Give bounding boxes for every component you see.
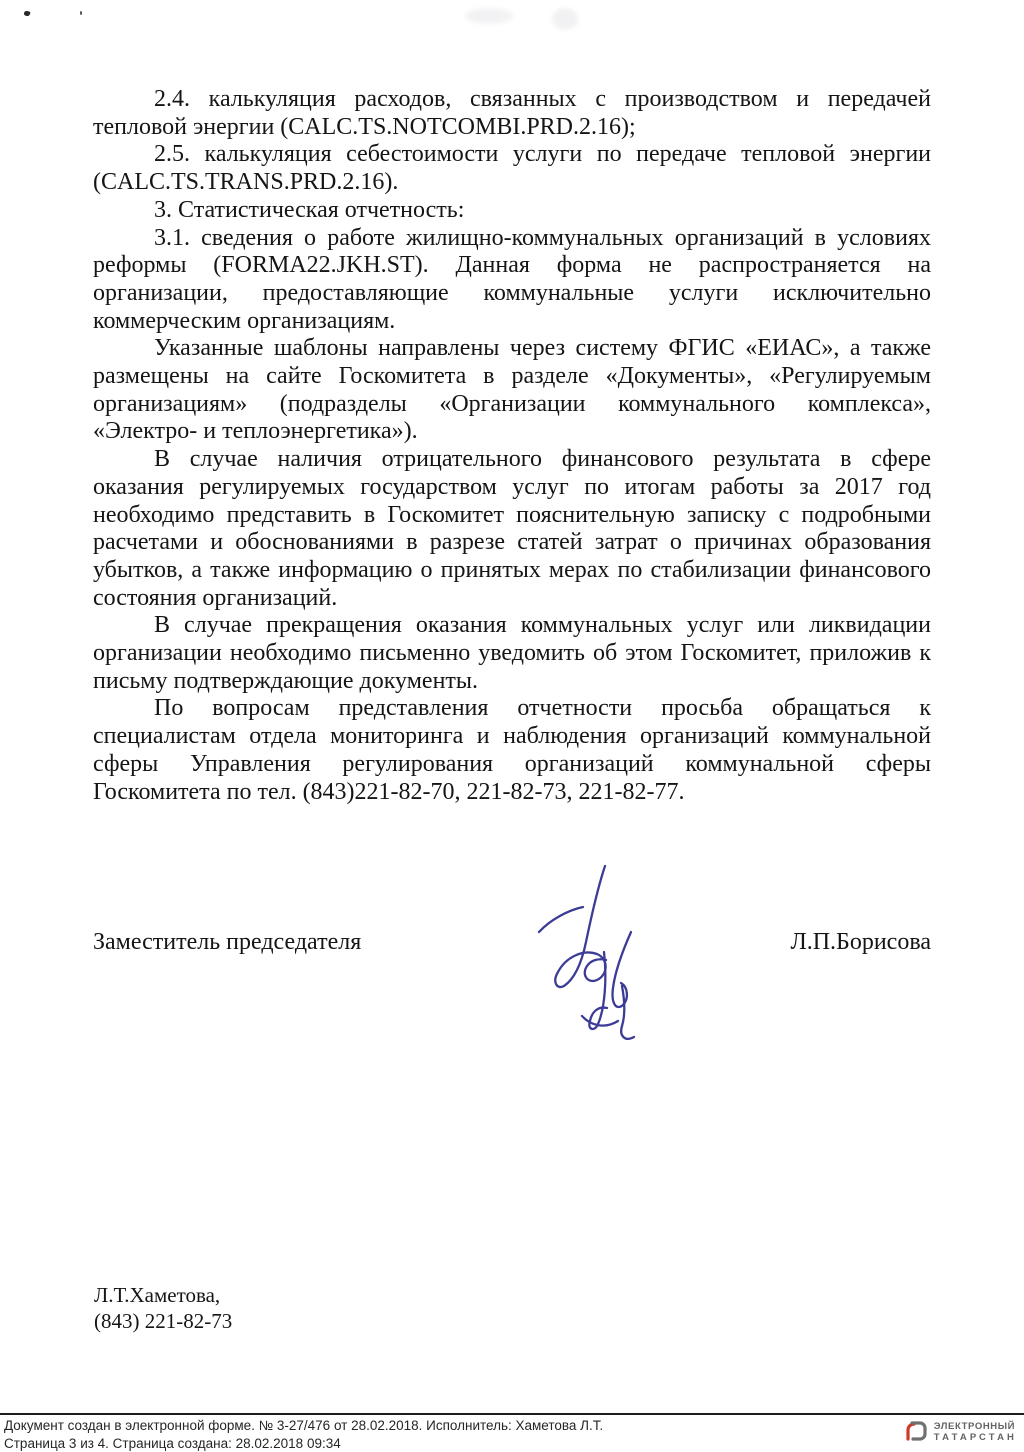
paragraph: 2.4. калькуляция расходов, связанных с п… xyxy=(93,86,931,141)
document-page: 2.4. калькуляция расходов, связанных с п… xyxy=(0,0,1024,1452)
scan-smudge xyxy=(465,8,513,24)
footer-bar: Документ создан в электронной форме. № 3… xyxy=(0,1413,1024,1452)
handwritten-signature xyxy=(525,856,687,1044)
scan-speck xyxy=(80,11,82,15)
logo-text-line-1: ЭЛЕКТРОННЫЙ xyxy=(934,1421,1017,1432)
paragraph: 3. Статистическая отчетность: xyxy=(93,197,931,225)
paragraph: 3.1. сведения о работе жилищно-коммуналь… xyxy=(93,225,931,336)
signer-position-title: Заместитель председателя xyxy=(93,928,361,956)
signoff-row: Заместитель председателя Л.П.Борисова xyxy=(93,928,931,956)
executor-name: Л.Т.Хаметова, xyxy=(94,1283,232,1309)
paragraph: В случае наличия отрицательного финансов… xyxy=(93,446,931,612)
document-body: 2.4. калькуляция расходов, связанных с п… xyxy=(93,86,931,806)
paragraph: В случае прекращения оказания коммунальн… xyxy=(93,612,931,695)
scan-smudge xyxy=(552,8,578,30)
paragraph: Указанные шаблоны направлены через систе… xyxy=(93,335,931,446)
logo-text: ЭЛЕКТРОННЫЙ ТАТАРСТАН xyxy=(934,1421,1017,1443)
scan-speck xyxy=(23,10,30,17)
signer-name: Л.П.Борисова xyxy=(790,928,931,956)
executor-phone: (843) 221-82-73 xyxy=(94,1309,232,1335)
logo-red-stroke xyxy=(908,1424,914,1439)
footer-line-1: Документ создан в электронной форме. № 3… xyxy=(4,1417,603,1435)
logo-text-line-2: ТАТАРСТАН xyxy=(934,1432,1017,1443)
electronic-tatarstan-icon xyxy=(904,1420,929,1443)
executor-block: Л.Т.Хаметова, (843) 221-82-73 xyxy=(94,1283,232,1334)
signature-strokes xyxy=(539,866,634,1039)
footer-line-2: Страница 3 из 4. Страница создана: 28.02… xyxy=(4,1435,603,1452)
footer-text: Документ создан в электронной форме. № 3… xyxy=(4,1417,603,1452)
paragraph: 2.5. калькуляция себестоимости услуги по… xyxy=(93,141,931,196)
electronic-tatarstan-logo: ЭЛЕКТРОННЫЙ ТАТАРСТАН xyxy=(904,1420,1017,1443)
paragraph: По вопросам представления отчетности про… xyxy=(93,695,931,806)
